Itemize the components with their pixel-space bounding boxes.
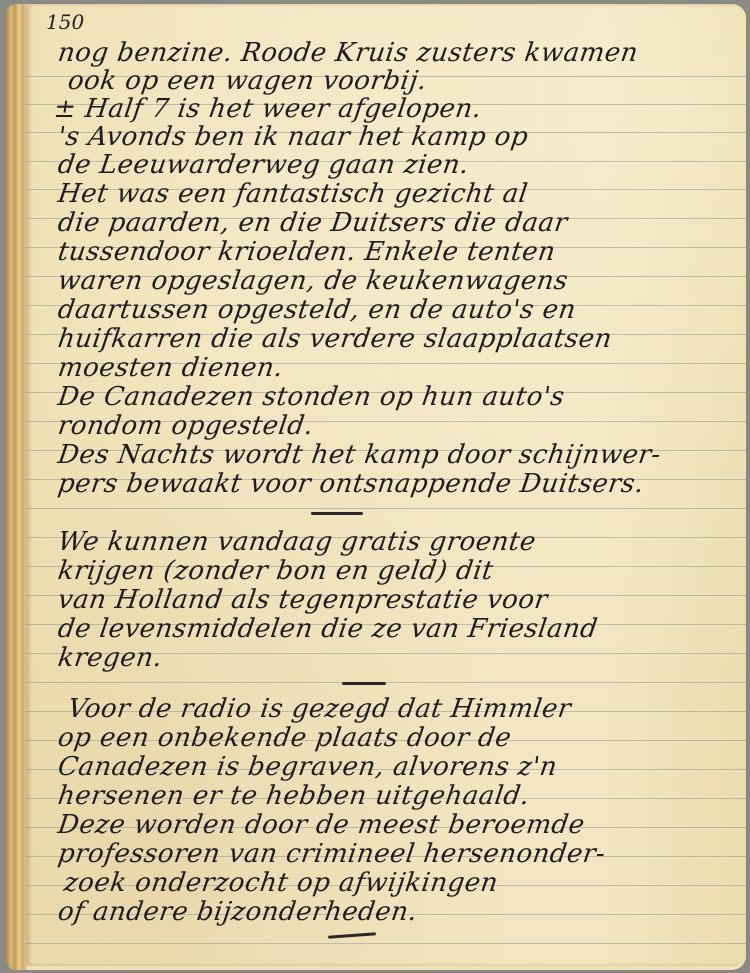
- handwritten-line: pers bewaakt voor ontsnappende Duitsers.: [56, 469, 730, 499]
- section-divider: [311, 512, 363, 515]
- handwritten-line: ook op een wagen voorbij.: [66, 66, 730, 96]
- handwritten-line: waren opgeslagen, de keukenwagens: [56, 266, 730, 296]
- handwritten-line: Deze worden door de meest beroemde: [56, 810, 730, 840]
- handwritten-line: rondom opgesteld.: [56, 411, 730, 441]
- handwritten-line: nog benzine. Roode Kruis zusters kwamen: [56, 38, 730, 68]
- handwritten-line: die paarden, en die Duitsers die daar: [56, 208, 730, 238]
- handwritten-line: Voor de radio is gezegd dat Himmler: [66, 694, 730, 724]
- handwritten-line: van Holland als tegenprestatie voor: [56, 585, 730, 615]
- handwritten-line: hersenen er te hebben uitgehaald.: [56, 781, 730, 811]
- handwritten-line: tussendoor krioelden. Enkele tenten: [56, 237, 730, 267]
- page-number: 150: [46, 10, 84, 34]
- handwritten-line: op een onbekende plaats door de: [56, 723, 730, 753]
- handwritten-line: of andere bijzonderheden.: [56, 897, 730, 927]
- notebook-page: 150 nog benzine. Roode Kruis zusters kwa…: [26, 4, 746, 966]
- handwritten-line: 's Avonds ben ik naar het kamp op: [56, 122, 730, 152]
- ruled-line: [26, 682, 746, 683]
- section-divider: [328, 932, 376, 938]
- handwritten-line: moesten dienen.: [56, 353, 730, 383]
- handwritten-line: ± Half 7 is het weer afgelopen.: [52, 94, 730, 124]
- handwritten-line: daartussen opgesteld, en de auto's en: [56, 295, 730, 325]
- handwritten-line: de Leeuwarderweg gaan zien.: [56, 150, 730, 180]
- section-divider: [342, 682, 386, 685]
- handwritten-line: Canadezen is begraven, alvorens z'n: [56, 752, 730, 782]
- handwritten-line: kregen.: [56, 643, 730, 673]
- handwritten-line: huifkarren die als verdere slaapplaatsen: [56, 324, 730, 354]
- handwritten-line: Het was een fantastisch gezicht al: [56, 179, 730, 209]
- handwritten-line: zoek onderzocht op afwijkingen: [62, 868, 730, 898]
- handwritten-line: Des Nachts wordt het kamp door schijnwer…: [56, 440, 730, 470]
- handwritten-line: krijgen (zonder bon en geld) dit: [56, 556, 730, 586]
- ruled-line: [26, 943, 746, 944]
- handwritten-line: professoren van crimineel hersenonder-: [56, 839, 730, 869]
- handwritten-line: de levensmiddelen die ze van Friesland: [56, 614, 730, 644]
- ruled-line: [26, 508, 746, 509]
- handwritten-line: We kunnen vandaag gratis groente: [56, 527, 730, 557]
- handwritten-line: De Canadezen stonden op hun auto's: [56, 382, 730, 412]
